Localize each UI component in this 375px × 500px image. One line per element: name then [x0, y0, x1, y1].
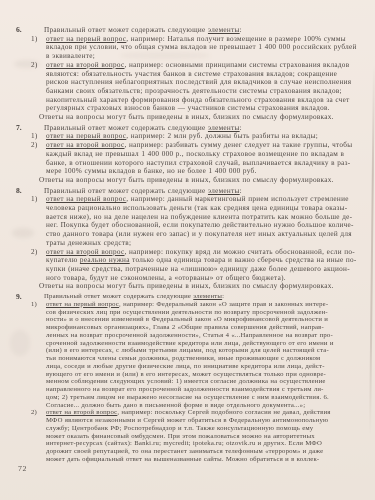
text-segment: человека рационально использовать деньги…: [46, 204, 347, 212]
text-segment: в эквиваленте;: [46, 52, 95, 60]
note-line: Ответы на вопросы могут быть приведены в…: [39, 113, 375, 122]
text-segment: рисков наступления неблагоприятных после…: [46, 78, 351, 86]
text-segment: Правильный ответ может содержать следующ…: [44, 124, 208, 132]
text-line: (или) в его интересах, с любыми третьими…: [44, 347, 375, 355]
text-line: ного товара, будут не сэкономлены, а «от…: [44, 274, 375, 283]
text-line: ленных на возврат просроченной задолженн…: [44, 332, 375, 340]
text-segment: ленных на возврат просроченной задолженн…: [46, 332, 333, 339]
underlined-text: ответ на первый вопрос: [46, 35, 126, 43]
text-segment: нег. Покупка будет обоснованной, если по…: [46, 221, 354, 229]
text-segment: вкладов при условии, что общая сумма вкл…: [46, 43, 357, 51]
answer-item: 1)ответ на первый вопрос, например: Ната…: [44, 35, 375, 61]
text-line: тьи понимаются члены семьи должника, род…: [44, 355, 375, 363]
text-line: 2)ответ на второй вопрос, например: осно…: [44, 61, 375, 70]
underlined-text: ответ на второй вопрос: [46, 248, 124, 256]
text-segment: сроченной задолженности взаимодействие к…: [46, 340, 334, 347]
section-number: 6.: [16, 26, 22, 35]
underlined-text: ответ на второй вопрос: [46, 61, 124, 69]
text-line: сроченной задолженности взаимодействие к…: [44, 340, 375, 348]
text-segment: являются: обязательность участия банков …: [46, 70, 337, 78]
text-segment: службу; Центробанк РФ; Роспотребнадзор и…: [46, 425, 313, 432]
text-line: вкладов при условии, что общая сумма вкл…: [44, 43, 375, 52]
text-line: рисков наступления неблагоприятных после…: [44, 78, 375, 87]
underlined-text: ответ на первый вопрос: [46, 195, 126, 203]
text-segment: ного товара, будут не сэкономлены, а «от…: [46, 274, 286, 282]
underlined-text: элементы: [208, 187, 240, 195]
text-segment: :: [240, 124, 242, 132]
text-segment: тьи понимаются члены семьи должника, род…: [46, 355, 320, 362]
text-segment: , например: Наталья получит возмещение в…: [126, 35, 346, 43]
scan-artifact: [120, 52, 210, 59]
item-marker: 2): [31, 248, 38, 257]
text-line: менном соблюдении следующих условий: 1) …: [44, 378, 375, 386]
section-header: Правильный ответ может содержать следующ…: [44, 293, 375, 301]
text-segment: микрофинансовых организациях», Глава 2 «…: [46, 324, 324, 331]
item-marker: 1): [31, 195, 38, 204]
text-segment: (или) в его интересах, с любыми третьими…: [46, 347, 329, 354]
answer-section: 8.Правильный ответ может содержать следу…: [0, 187, 375, 291]
text-line: купателю реально нужна только одна едини…: [44, 256, 375, 265]
text-line: сов физических лиц при осуществлении дея…: [44, 309, 375, 317]
text-segment: :: [222, 293, 224, 300]
note-line: Ответы на вопросы могут быть приведены в…: [39, 282, 375, 291]
item-marker: 1): [31, 35, 38, 44]
answer-section: 7.Правильный ответ может содержать следу…: [0, 124, 375, 185]
answer-item: 1)ответ на первый вопрос, например: 2 мл…: [44, 132, 375, 141]
section-header: Правильный ответ может содержать следующ…: [44, 26, 375, 35]
text-line: вается ниже), но на деле нацелен на побу…: [44, 213, 375, 222]
answer-section: 6.Правильный ответ может содержать следу…: [0, 26, 375, 122]
text-line: микрофинансовых организациях», Глава 2 «…: [44, 324, 375, 332]
text-segment: направленного на возврат его просроченно…: [46, 386, 324, 393]
text-line: Согласие... должно быть дано в письменно…: [44, 402, 375, 410]
text-segment: ство данного товара (или нужен его запас…: [46, 230, 352, 238]
text-line: лица, соседи и любые другие физические л…: [44, 363, 375, 371]
text-line: ности» и о внесении изменений в Федераль…: [44, 316, 375, 324]
section-number: 9.: [16, 293, 22, 301]
text-line: 2)ответ на второй вопрос, например: поку…: [44, 248, 375, 257]
underlined-text: элементы: [208, 124, 240, 132]
text-segment: , например: основными принципами системы…: [124, 61, 349, 69]
text-segment: цом; 2) третьим лицом не выражено несогл…: [46, 394, 329, 401]
scan-artifact: [12, 228, 34, 238]
text-line: человека рационально использовать деньги…: [44, 204, 375, 213]
text-segment: ности» и о внесении изменений в Федераль…: [46, 316, 328, 323]
underlined-text: ответ на первый вопрос: [46, 132, 126, 140]
scan-artifact: [10, 330, 30, 356]
section-header: Правильный ответ может содержать следующ…: [44, 187, 375, 196]
text-line: службу; Центробанк РФ; Роспотребнадзор и…: [44, 425, 375, 433]
text-segment: каждый вклад не превышал 1 400 000 р., п…: [46, 150, 344, 158]
note-line: Ответы на вопросы могут быть приведены в…: [39, 176, 375, 185]
text-segment: мере 100% суммы вкладов в банке, но не б…: [46, 167, 257, 175]
text-line: 1)ответ на первый вопрос, например: данн…: [44, 195, 375, 204]
text-segment: , например: покупку вряд ли можно считат…: [124, 248, 355, 256]
text-line: нег. Покупка будет обоснованной, если по…: [44, 221, 375, 230]
text-line: цом; 2) третьим лицом не выражено несогл…: [44, 394, 375, 402]
text-segment: вается ниже), но на деле нацелен на побу…: [46, 213, 352, 221]
text-segment: только одна единица товара и важно сбере…: [130, 256, 357, 264]
answer-item: 2)ответ на второй вопрос, например: осно…: [44, 61, 375, 113]
text-segment: МФО являются незаконными и Сергей может …: [46, 417, 328, 424]
text-segment: банке, в отношении которого наступил стр…: [46, 159, 350, 167]
text-segment: менном соблюдении следующих условий: 1) …: [46, 378, 326, 385]
text-segment: , например: 2 млн руб. должны быть разби…: [126, 132, 318, 140]
text-line: 1)ответ на первый вопрос, например: 2 мл…: [44, 132, 375, 141]
text-segment: купки (иначе средства, потраченные на «л…: [46, 265, 350, 273]
text-line: в эквиваленте;: [44, 52, 375, 61]
underlined-text: ответ на второй вопрос: [46, 141, 124, 149]
text-line: МФО являются незаконными и Сергей может …: [44, 417, 375, 425]
text-segment: может оказать финансовый омбудсмен. При …: [46, 433, 315, 440]
answer-item: 2)ответ на второй вопрос, например: поку…: [44, 248, 375, 283]
scanned-book-page: 6.Правильный ответ может содержать следу…: [0, 0, 375, 500]
page-content: 6.Правильный ответ может содержать следу…: [0, 26, 375, 466]
text-segment: Правильный ответ может содержать следующ…: [44, 187, 208, 195]
text-line: траты денежных средств;: [44, 239, 375, 248]
text-segment: :: [240, 187, 242, 195]
answer-item: 1)ответ на первый вопрос, например: Феде…: [44, 301, 375, 410]
underlined-text: ответ на первый вопрос: [46, 301, 119, 308]
text-line: банками своих обязательств; прозрачность…: [44, 87, 375, 96]
text-segment: регулярных страховых взносов банков — уч…: [46, 104, 330, 112]
item-marker: 2): [31, 141, 38, 150]
text-segment: Ответы на вопросы могут быть приведены в…: [39, 282, 334, 290]
item-marker: 2): [31, 409, 37, 417]
text-segment: вующего от его имени и (или) в его интер…: [46, 371, 326, 378]
text-segment: Правильный ответ может содержать следующ…: [44, 26, 208, 34]
text-segment: сов физических лиц при осуществлении дея…: [46, 309, 328, 316]
text-segment: Правильный ответ может содержать следующ…: [44, 293, 193, 300]
text-segment: , например: поскольку Сергей подобного с…: [117, 409, 330, 416]
text-segment: , например: разбивать сумму денег следуе…: [124, 141, 352, 149]
text-line: направленного на возврат его просроченно…: [44, 386, 375, 394]
text-line: может дать официальный ответ на вышеназв…: [44, 456, 375, 464]
answer-item: 2)ответ на второй вопрос, например: разб…: [44, 141, 375, 176]
text-segment: купателю: [46, 256, 80, 264]
item-marker: 1): [31, 301, 37, 309]
text-line: регулярных страховых взносов банков — уч…: [44, 104, 375, 113]
text-line: может оказать финансовый омбудсмен. При …: [44, 433, 375, 441]
section-number: 8.: [16, 187, 22, 196]
scan-artifact: [14, 60, 40, 68]
text-segment: :: [240, 26, 242, 34]
text-line: накопительный характер формирования фонд…: [44, 96, 375, 105]
text-line: купки (иначе средства, потраченные на «л…: [44, 265, 375, 274]
text-line: являются: обязательность участия банков …: [44, 70, 375, 79]
section-number: 7.: [16, 124, 22, 133]
text-segment: лица, соседи и любые другие физические л…: [46, 363, 325, 370]
underlined-text: реально нужна: [80, 256, 130, 264]
text-segment: интернет-ресурсах (сайтах): Banki.ru; my…: [46, 440, 322, 447]
answer-item: 2)ответ на второй вопрос, например: поск…: [44, 409, 375, 463]
text-line: интернет-ресурсах (сайтах): Banki.ru; my…: [44, 440, 375, 448]
underlined-text: ответ на второй вопрос: [46, 409, 117, 416]
text-line: 1)ответ на первый вопрос, например: Ната…: [44, 35, 375, 44]
text-segment: Ответы на вопросы могут быть приведены в…: [39, 113, 334, 121]
section-header: Правильный ответ может содержать следующ…: [44, 124, 375, 133]
text-segment: Ответы на вопросы могут быть приведены в…: [39, 176, 334, 184]
text-line: 2)ответ на второй вопрос, например: поск…: [44, 409, 375, 417]
underlined-text: элементы: [208, 26, 240, 34]
text-segment: , например: данный маркетинговый прием и…: [126, 195, 348, 203]
text-line: 2)ответ на второй вопрос, например: разб…: [44, 141, 375, 150]
text-segment: траты денежных средств;: [46, 239, 131, 247]
text-segment: накопительный характер формирования фонд…: [46, 96, 350, 104]
text-segment: Согласие... должно быть дано в письменно…: [46, 402, 305, 409]
text-segment: , например: Федеральный закон «О защите …: [119, 301, 328, 308]
text-line: 1)ответ на первый вопрос, например: Феде…: [44, 301, 375, 309]
underlined-text: элементы: [193, 293, 222, 300]
answer-section: 9.Правильный ответ может содержать следу…: [0, 293, 375, 464]
item-marker: 1): [31, 132, 38, 141]
page-number: 72: [18, 464, 27, 473]
text-line: мере 100% суммы вкладов в банке, но не б…: [44, 167, 375, 176]
text-segment: дорожит своей репутацией, то она переста…: [46, 448, 323, 455]
text-line: каждый вклад не превышал 1 400 000 р., п…: [44, 150, 375, 159]
answer-item: 1)ответ на первый вопрос, например: данн…: [44, 195, 375, 247]
text-line: ство данного товара (или нужен его запас…: [44, 230, 375, 239]
text-segment: может дать официальный ответ на вышеназв…: [46, 456, 319, 463]
text-line: банке, в отношении которого наступил стр…: [44, 159, 375, 168]
text-line: дорожит своей репутацией, то она переста…: [44, 448, 375, 456]
text-line: вующего от его имени и (или) в его интер…: [44, 371, 375, 379]
text-segment: банками своих обязательств; прозрачность…: [46, 87, 342, 95]
